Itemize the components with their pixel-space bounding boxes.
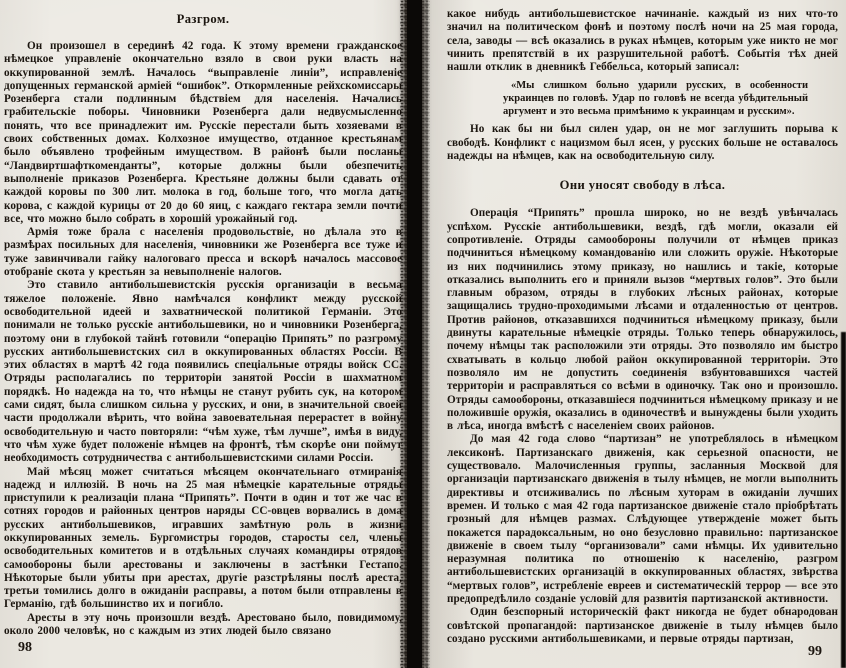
book-spread: Разгром. Он произошел в серединѣ 42 года…: [0, 0, 846, 668]
left-paragraph-5: Аресты в эту ночь произошли вездѣ. Арест…: [4, 612, 402, 639]
right-continuation-paragraph: какое нибудь антибольшевистское начинані…: [447, 8, 838, 74]
page-number-right: 99: [808, 644, 822, 660]
left-page: Разгром. Он произошел в серединѣ 42 года…: [4, 0, 402, 668]
chapter-heading: Разгром.: [4, 12, 402, 27]
right-paragraph-3: Один безспорный историческій факт никогд…: [447, 606, 838, 646]
right-page: какое нибудь антибольшевистское начинані…: [447, 0, 838, 668]
binding-shadow: [399, 0, 431, 668]
page-number-left: 98: [18, 640, 32, 656]
right-paragraph-after-quote: Но как бы ни был силен удар, он не мог з…: [447, 123, 838, 163]
left-paragraph-2: Армія тоже брала с населенія продовольст…: [4, 226, 402, 279]
goebbels-diary-quote: «Мы слишком больно ударили русских, в ос…: [503, 79, 808, 118]
binding-shadow-ragged-right: [421, 0, 430, 668]
left-paragraph-4: Май мѣсяц может считаться мѣсяцем оконча…: [4, 466, 402, 612]
right-paragraph-2: До мая 42 года слово “партизан” не употр…: [447, 433, 838, 606]
scan-edge-artifact: [841, 332, 846, 668]
section-heading: Они уносят свободу в лѣса.: [447, 178, 838, 193]
left-paragraph-3: Это ставило антибольшевистскія русскія о…: [4, 279, 402, 465]
left-paragraph-1: Он произошел в серединѣ 42 года. К этому…: [4, 40, 402, 226]
binding-shadow-core: [407, 0, 422, 668]
right-paragraph-1: Операція “Припять” прошла широко, но не …: [447, 207, 838, 433]
